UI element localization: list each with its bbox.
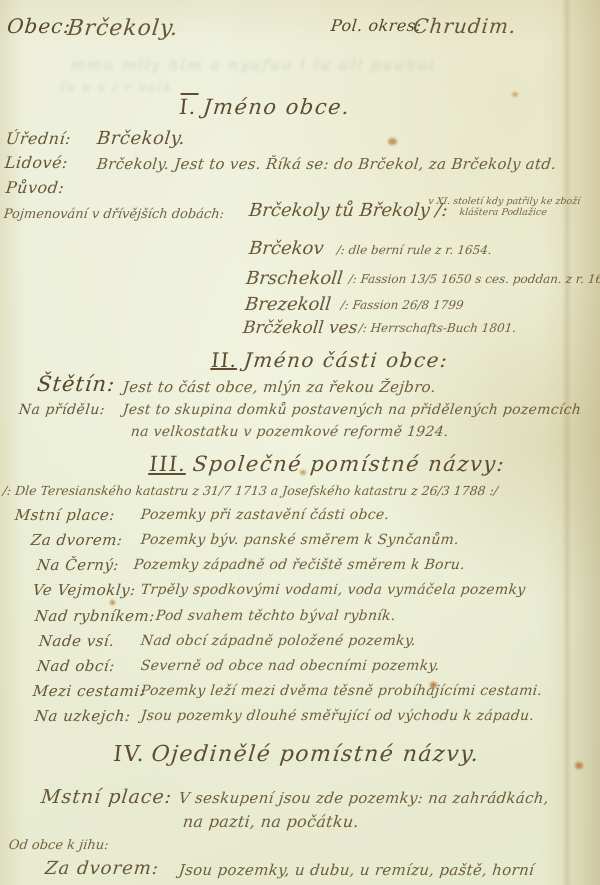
list-text-4: Pod svahem těchto býval rybník.: [155, 608, 396, 624]
old-name-3-note: /: Fassion 13/5 1650 s ces. poddan. z r.…: [348, 272, 600, 286]
list-label-1: Za dvorem:: [30, 531, 123, 549]
okres-value: Chrudim.: [412, 14, 518, 38]
obec-label: Obec:: [6, 14, 73, 38]
list-label-2: Na Černý:: [36, 556, 120, 574]
section4-title: IV.Ojedinělé pomístné názvy.: [112, 742, 481, 767]
section2-numeral: II.: [210, 348, 239, 372]
list-text-5: Nad obcí západně položené pozemky.: [140, 633, 417, 649]
section3-numeral: III.: [148, 452, 188, 476]
section3-title-text: Společné pomístné názvy:: [192, 452, 507, 476]
stetin-label: Štětín:: [36, 372, 117, 396]
okres-label: Pol. okres:: [330, 16, 423, 35]
old-name-5: Brčžekoll ves: [242, 318, 358, 338]
list-text-0: Pozemky při zastavění části obce.: [140, 507, 390, 523]
section1-title: I.Jméno obce.: [178, 95, 352, 119]
uredni-value: Brčekoly.: [96, 128, 186, 149]
pridelu-label: Na přídělu:: [18, 402, 106, 418]
list-text-8: Jsou pozemky dlouhé směřující od východu…: [140, 708, 535, 724]
uredni-label: Úřední:: [5, 129, 72, 148]
lidove-value: Brčekoly. Jest to ves. Říká se: do Brček…: [96, 155, 557, 173]
stetin-text: Jest to část obce, mlýn za řekou Žejbro.: [122, 378, 437, 396]
lidove-label: Lidové:: [4, 153, 69, 172]
obec-value: Brčekoly.: [66, 16, 180, 41]
pridelu-text: Jest to skupina domků postavených na při…: [122, 402, 582, 418]
list-text-1: Pozemky býv. panské směrem k Synčanům.: [140, 532, 460, 548]
old-name-3: Brschekoll: [245, 268, 344, 289]
old-name-1: Brčekoly tů Břekoly /:: [248, 200, 449, 221]
s4-item1-text2: na pazti, na počátku.: [182, 812, 360, 831]
fox-spot: [110, 600, 115, 605]
paper-crease: [562, 0, 572, 885]
list-label-6: Nad obcí:: [36, 657, 116, 675]
s4-item3-text: Jsou pozemky, u dubu, u remízu, paště, h…: [178, 861, 535, 879]
old-name-4-note: /: Fassion 26/8 1799: [340, 298, 464, 312]
manuscript-page: mmu mlly hlm u nyufuu l lu ull puuhul lu…: [0, 0, 600, 885]
old-name-4: Brezekoll: [244, 294, 332, 315]
list-label-0: Mstní place:: [14, 506, 116, 524]
pridelu-text2: na velkostatku v pozemkové reformě 1924.: [130, 424, 449, 440]
list-label-5: Nade vsí.: [38, 632, 115, 650]
list-label-4: Nad rybníkem:: [34, 607, 156, 625]
list-label-3: Ve Vejmokly:: [32, 581, 137, 599]
list-text-6: Severně od obce nad obecními pozemky.: [140, 658, 440, 674]
old-name-2: Brčekov: [248, 238, 325, 259]
fox-spot: [512, 92, 518, 97]
old-name-2-note: /: dle berní rule z r. 1654.: [336, 243, 492, 257]
list-text-7: Pozemky leží mezi dvěma těsně probíhajíc…: [140, 683, 543, 699]
ghost-writing: lu u u l r uulk: [60, 80, 174, 94]
section2-title: II.Jméno části obce:: [210, 348, 450, 372]
old-name-1-note: v XI. století kdy patřily ke zboží klášt…: [420, 196, 587, 218]
pojmenovani-label: Pojmenování v dřívějších dobách:: [3, 207, 225, 222]
s4-item1-label: Mstní place:: [40, 786, 173, 808]
old-name-5-note: /: Herrschafts-Buch 1801.: [358, 321, 517, 335]
list-text-3: Trpěly spodkovými vodami, voda vymáčela …: [140, 582, 526, 598]
fox-spot: [540, 300, 545, 305]
list-label-7: Mezi cestami:: [32, 682, 146, 700]
section4-numeral: IV.: [112, 742, 147, 767]
list-label-8: Na uzkejch:: [34, 707, 132, 725]
section4-title-text: Ojedinělé pomístné názvy.: [150, 742, 481, 767]
ghost-writing: mmu mlly hlm u nyufuu l lu ull puuhul: [70, 56, 437, 74]
s4-item3-label: Za dvorem:: [44, 858, 160, 879]
section1-numeral: I.: [178, 95, 199, 119]
section2-title-text: Jméno části obce:: [243, 348, 450, 372]
list-text-2: Pozemky západně od řečiště směrem k Boru…: [133, 557, 466, 573]
section3-subtitle: /: Dle Teresianského katastru z 31/7 171…: [2, 483, 499, 498]
s4-item2-label: Od obce k jihu:: [8, 838, 109, 853]
section1-title-text: Jméno obce.: [202, 95, 352, 119]
fox-spot: [575, 762, 583, 769]
s4-item1-text: V seskupení jsou zde pozemky: na zahrádk…: [178, 789, 550, 807]
puvod-label: Původ:: [5, 178, 65, 197]
section3-title: III.Společné pomístné názvy:: [148, 452, 507, 476]
fox-spot: [388, 138, 397, 145]
